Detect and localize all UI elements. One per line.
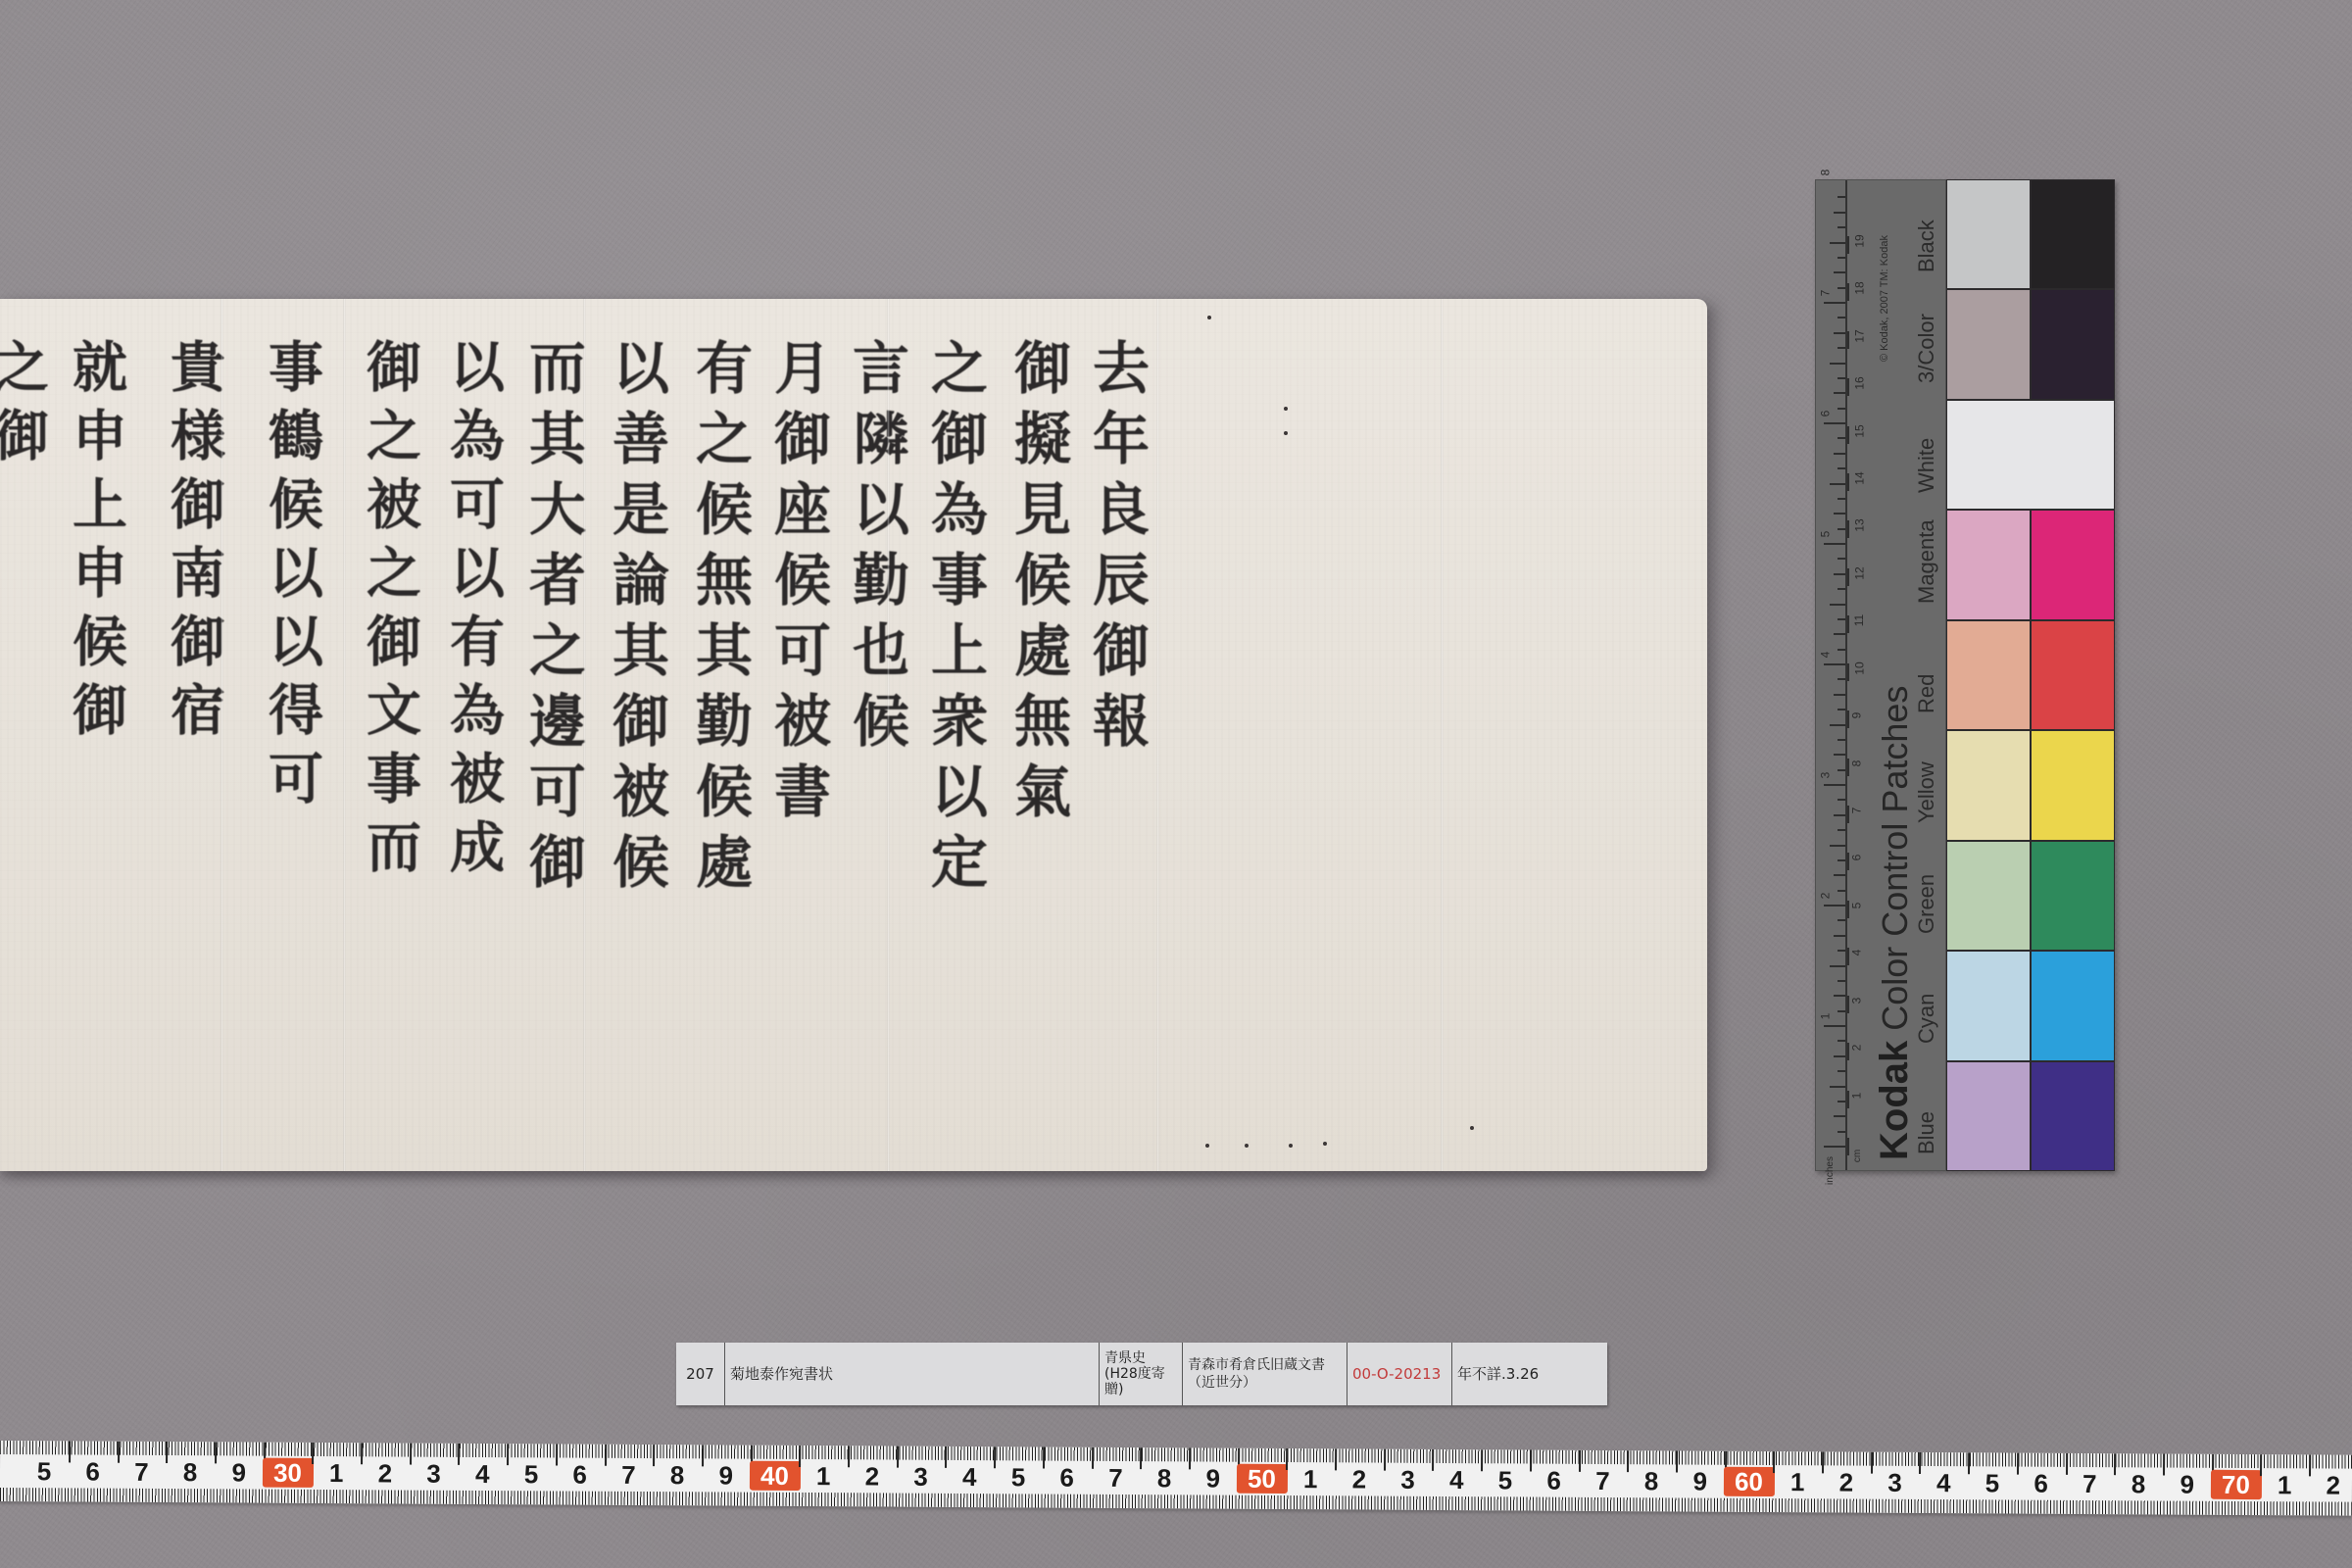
patch-red-dark (2031, 620, 2115, 730)
ruler-tick (1837, 678, 1845, 680)
kodak-color-control-card: 12345678inches 1234567891011121314151617… (1815, 179, 2115, 1171)
patch-blue-light (1946, 1061, 2031, 1171)
patch-yellow-light (1946, 730, 2031, 840)
patch-black-light (1946, 179, 2031, 289)
tape-mark: 4 (1927, 1468, 1960, 1497)
tape-half-cm-tick (69, 1441, 71, 1462)
ruler-tick (1824, 1146, 1845, 1148)
tape-mark: 6 (1051, 1463, 1084, 1493)
tape-half-cm-tick (1773, 1451, 1775, 1473)
ruler-tick (1847, 426, 1849, 444)
ruler-tick (1830, 965, 1845, 967)
patch-green-dark (2031, 841, 2115, 951)
patch-label: Yellow (1914, 762, 1939, 824)
ruler-tick (1837, 829, 1845, 831)
ruler-tick (1847, 568, 1849, 586)
inch-mark-label: 1 (1818, 1013, 1832, 1020)
tape-half-cm-tick (605, 1445, 607, 1466)
label-catalog-id: 00-O-20213 (1347, 1343, 1452, 1405)
ruler-tick (1847, 331, 1849, 349)
ruler-tick (1837, 226, 1845, 228)
ruler-tick (1824, 422, 1845, 424)
ruler-tick (1837, 437, 1845, 439)
tape-mark: 5 (1976, 1468, 2009, 1497)
ruler-tick (1837, 347, 1845, 349)
cm-mark-label: 6 (1849, 855, 1863, 861)
inch-ruler: 12345678inches (1822, 180, 1847, 1170)
ruler-tick (1834, 212, 1845, 214)
cm-unit-label: cm (1852, 1150, 1863, 1162)
tape-measure: 5678930123456789401234567895012345678960… (0, 1441, 2352, 1516)
inch-mark-label: 4 (1818, 652, 1832, 659)
tape-mark: 5 (1002, 1462, 1035, 1492)
tape-half-cm-tick (215, 1442, 217, 1463)
tape-half-cm-tick (1432, 1449, 1434, 1471)
paper-speck (1205, 1144, 1209, 1148)
ruler-tick (1837, 890, 1845, 892)
cm-mark-label: 11 (1852, 614, 1866, 626)
label-collection: 青森市肴倉氏旧蔵文書（近世分） (1183, 1343, 1347, 1405)
inch-mark-label: 8 (1818, 170, 1832, 176)
tape-half-cm-tick (2163, 1453, 2165, 1475)
tape-mark: 6 (2025, 1469, 2058, 1498)
cm-mark-label: 13 (1853, 519, 1867, 532)
patch-magenta-dark (2031, 510, 2115, 619)
handwritten-letter-document: 去年良辰御報御擬見候處無氣之御為事上衆以定言隣以勤也候月御座候可被書有之候無其勤… (0, 299, 1707, 1171)
ruler-tick (1834, 1055, 1845, 1057)
tape-half-cm-tick (2309, 1454, 2311, 1476)
tape-half-cm-tick (799, 1445, 801, 1467)
ruler-tick (1824, 1025, 1845, 1027)
patch-green-light (1946, 841, 2031, 951)
card-text-column: Black3/ColorWhiteMagentaRedYellowGreenCy… (1871, 180, 1947, 1170)
calligraphy-column: 以善是論其御被候 (608, 338, 664, 903)
ruler-tick (1824, 905, 1845, 906)
ruler-tick (1837, 919, 1845, 921)
ruler-tick (1824, 302, 1845, 304)
tape-half-cm-tick (1822, 1451, 1824, 1473)
inch-mark-label: 3 (1818, 772, 1832, 779)
ruler-tick (1847, 473, 1849, 491)
calligraphy-column: 御擬見候處無氣 (1009, 338, 1066, 832)
cm-mark-label: 12 (1853, 566, 1867, 579)
ruler-tick (1830, 845, 1845, 847)
inch-mark-label: 5 (1818, 531, 1832, 538)
tape-half-cm-tick (1189, 1447, 1191, 1469)
tape-half-cm-tick (312, 1443, 314, 1464)
tape-half-cm-tick (1092, 1447, 1094, 1469)
paper-speck (1284, 431, 1288, 435)
tape-mark: 3 (416, 1459, 450, 1489)
calligraphy-column: 貴様御南御宿 (167, 338, 221, 750)
tape-major-mark: 60 (1723, 1467, 1774, 1496)
ruler-tick (1830, 363, 1845, 365)
ruler-tick (1834, 392, 1845, 394)
ruler-tick (1847, 663, 1849, 681)
ruler-tick (1830, 604, 1845, 606)
tape-mark: 9 (1197, 1463, 1230, 1493)
copyright-text: © Kodak, 2007 TM: Kodak (1879, 235, 1890, 362)
ruler-tick (1837, 739, 1845, 741)
patch-label: Red (1914, 674, 1939, 713)
ruler-tick (1830, 1086, 1845, 1088)
ruler-tick (1837, 196, 1845, 198)
calligraphy-column: 月御座候可被書 (769, 338, 826, 832)
tape-mark: 9 (1684, 1466, 1717, 1495)
ruler-tick (1834, 573, 1845, 575)
patch-cyan-light (1946, 951, 2031, 1060)
tape-major-mark: 30 (262, 1458, 313, 1488)
tape-half-cm-tick (1919, 1452, 1921, 1474)
ruler-tick (1837, 528, 1845, 530)
label-title: 菊地泰作宛書状 (725, 1343, 1100, 1405)
ruler-tick (1834, 874, 1845, 876)
cm-mark-label: 19 (1853, 234, 1867, 247)
ruler-tick (1834, 633, 1845, 635)
paper-speck (1323, 1142, 1327, 1146)
tape-mark: 5 (1489, 1465, 1522, 1494)
tape-half-cm-tick (1627, 1450, 1629, 1472)
ruler-tick (1834, 513, 1845, 514)
tape-mark: 1 (319, 1458, 353, 1488)
cm-ruler: 12345678910111213141516171819cm (1847, 180, 1871, 1170)
ruler-tick (1824, 543, 1845, 545)
tape-major-mark: 70 (2210, 1470, 2261, 1499)
tape-mark: 2 (368, 1458, 402, 1488)
paper-fold-line (583, 299, 586, 1171)
ruler-tick (1834, 814, 1845, 816)
ruler-tick (1837, 1010, 1845, 1012)
paper-fold-line (1441, 299, 1444, 1171)
ruler-tick (1830, 724, 1845, 726)
ruler-tick (1847, 615, 1849, 633)
tape-mark: 3 (1878, 1468, 1911, 1497)
cm-mark-label: 8 (1849, 759, 1863, 766)
tape-half-cm-tick (1043, 1446, 1045, 1468)
cm-mark-label: 9 (1849, 712, 1863, 719)
inch-mark-label: 6 (1818, 411, 1832, 417)
tape-mark: 1 (1294, 1464, 1327, 1494)
ruler-tick (1834, 694, 1845, 696)
cm-mark-label: 5 (1849, 903, 1863, 909)
tape-half-cm-tick (1676, 1450, 1678, 1472)
tape-mark: 7 (612, 1460, 645, 1490)
tape-half-cm-tick (994, 1446, 996, 1468)
cm-mark-label: 15 (1853, 424, 1867, 437)
ruler-tick (1834, 332, 1845, 334)
tape-half-cm-tick (702, 1445, 704, 1466)
tape-half-cm-tick (556, 1444, 558, 1465)
tape-half-cm-tick (848, 1445, 850, 1467)
cm-mark-label: 17 (1853, 329, 1867, 342)
tape-half-cm-tick (1384, 1449, 1386, 1471)
tape-mark: 7 (124, 1457, 158, 1487)
tape-half-cm-tick (361, 1443, 363, 1464)
catalog-label-card: 207 菊地泰作宛書状 青県史(H28度寄贈) 青森市肴倉氏旧蔵文書（近世分） … (676, 1343, 1607, 1405)
tape-mark: 4 (465, 1459, 499, 1489)
patch-black-dark (2031, 179, 2115, 289)
tape-mark: 8 (1635, 1466, 1668, 1495)
paper-speck (1470, 1126, 1474, 1130)
ruler-tick (1837, 950, 1845, 952)
ruler-tick (1837, 618, 1845, 620)
ruler-tick (1847, 378, 1849, 396)
ruler-tick (1837, 769, 1845, 771)
ruler-tick (1837, 1070, 1845, 1072)
card-title-rest: Color Control Patches (1875, 686, 1915, 1041)
tape-mark: 1 (807, 1461, 840, 1491)
calligraphy-column: 就申上申候御 (69, 338, 123, 750)
paper-speck (1284, 407, 1288, 411)
tape-mark: 5 (27, 1456, 61, 1486)
calligraphy-column: 有之候無其勤候處 (691, 338, 748, 903)
kodak-logo-text: Kodak (1873, 1041, 1916, 1160)
patch-label: 3/Color (1914, 314, 1939, 383)
tape-major-mark: 40 (749, 1461, 800, 1491)
patch-3-color-light (1946, 289, 2031, 399)
paper-fold-line (887, 299, 890, 1171)
tape-half-cm-tick (897, 1446, 899, 1468)
calligraphy-column: 而其大者之邊可御 (524, 338, 581, 903)
cm-mark-label: 10 (1853, 661, 1867, 674)
ruler-tick (1837, 859, 1845, 861)
cm-mark-label: 7 (1849, 808, 1863, 814)
label-source: 青県史(H28度寄贈) (1100, 1343, 1183, 1405)
ruler-tick (1837, 1040, 1845, 1042)
ruler-tick (1834, 995, 1845, 997)
cm-mark-label: 3 (1849, 997, 1863, 1004)
patch-magenta-light (1946, 510, 2031, 619)
ruler-tick (1837, 377, 1845, 379)
patch-red-light (1946, 620, 2031, 730)
paper-speck (1207, 316, 1211, 319)
ruler-tick (1834, 453, 1845, 455)
tape-mark: 6 (1538, 1466, 1571, 1495)
patch-label: Cyan (1914, 994, 1939, 1044)
ruler-tick (1837, 980, 1845, 982)
ruler-tick (1830, 242, 1845, 244)
tape-half-cm-tick (1530, 1450, 1532, 1472)
paper-speck (1245, 1144, 1249, 1148)
tape-mark: 2 (1343, 1464, 1376, 1494)
patch-blue-dark (2031, 1061, 2115, 1171)
label-number: 207 (676, 1343, 725, 1405)
calligraphy-column: 言隣以勤也候 (848, 338, 905, 761)
calligraphy-column: 以為可以有為被成 (446, 338, 501, 887)
ruler-tick (1834, 271, 1845, 273)
paper-fold-line (1156, 299, 1159, 1171)
tape-mark: 1 (2268, 1470, 2301, 1499)
label-date: 年不詳.3.26 (1452, 1343, 1607, 1405)
patch-label: Black (1914, 220, 1939, 272)
tape-half-cm-tick (2114, 1453, 2116, 1475)
patch-3-color-dark (2031, 289, 2115, 399)
calligraphy-column: 御之被之御文事而 (363, 338, 417, 887)
tape-mark: 3 (1391, 1465, 1424, 1494)
tape-half-cm-tick (1871, 1452, 1873, 1474)
patch-label: Green (1914, 874, 1939, 934)
ruler-tick (1837, 498, 1845, 500)
paper-speck (1289, 1144, 1293, 1148)
tape-half-cm-tick (1968, 1452, 1970, 1474)
inches-unit-label: inches (1825, 1156, 1836, 1185)
cm-mark-label: 16 (1853, 377, 1867, 390)
ruler-tick (1847, 1138, 1849, 1155)
calligraphy-column: 之御 (0, 338, 45, 475)
ruler-tick (1837, 1131, 1845, 1133)
ruler-tick (1847, 236, 1849, 254)
tape-half-cm-tick (653, 1445, 655, 1466)
ruler-tick (1837, 287, 1845, 289)
tape-half-cm-tick (1481, 1449, 1483, 1471)
tape-mark: 4 (1440, 1465, 1473, 1494)
tape-half-cm-tick (166, 1442, 168, 1463)
inch-mark-label: 7 (1818, 290, 1832, 297)
tape-mark: 2 (2317, 1470, 2350, 1499)
tape-mark: 8 (173, 1457, 207, 1487)
cm-mark-label: 14 (1853, 471, 1867, 484)
tape-half-cm-tick (1286, 1448, 1288, 1470)
tape-mark: 9 (222, 1457, 256, 1487)
tape-mark: 9 (2171, 1470, 2204, 1499)
tape-half-cm-tick (507, 1444, 509, 1465)
tape-half-cm-tick (1335, 1448, 1337, 1470)
patch-label: Magenta (1914, 519, 1939, 604)
cm-mark-label: 1 (1849, 1092, 1863, 1099)
tape-mark: 4 (953, 1462, 986, 1492)
tape-half-cm-tick (1579, 1450, 1581, 1472)
patch-label: White (1914, 438, 1939, 493)
ruler-tick (1834, 754, 1845, 756)
tape-half-cm-tick (2017, 1453, 2019, 1475)
ruler-tick (1837, 709, 1845, 710)
tape-half-cm-tick (118, 1442, 120, 1463)
tape-half-cm-tick (2066, 1453, 2068, 1475)
tape-mark: 8 (1148, 1463, 1181, 1493)
ruler-tick (1837, 257, 1845, 259)
inch-mark-label: 2 (1818, 893, 1832, 900)
card-gray-strip: 12345678inches 1234567891011121314151617… (1815, 179, 1946, 1171)
tape-mark: 6 (76, 1456, 110, 1486)
ruler-tick (1830, 483, 1845, 485)
calligraphy-column: 事鶴候以以得可 (265, 338, 319, 818)
ruler-tick (1824, 663, 1845, 665)
calligraphy-column: 去年良辰御報 (1088, 338, 1145, 761)
ruler-tick (1837, 799, 1845, 801)
ruler-tick (1837, 408, 1845, 410)
tape-mark: 7 (1586, 1466, 1619, 1495)
tape-half-cm-tick (2260, 1454, 2262, 1476)
tape-half-cm-tick (410, 1444, 412, 1465)
tape-mark: 2 (1830, 1467, 1863, 1496)
cm-mark-label: 18 (1853, 282, 1867, 295)
ruler-tick (1834, 935, 1845, 937)
ruler-tick (1837, 1101, 1845, 1102)
tape-mark: 7 (2073, 1469, 2106, 1498)
card-title: Kodak Color Control Patches (1873, 686, 1917, 1160)
tape-mark: 9 (710, 1460, 743, 1490)
patch-white (1946, 400, 2115, 510)
patch-label: Blue (1914, 1111, 1939, 1154)
ruler-tick (1837, 558, 1845, 560)
paper-fold-line (220, 299, 223, 1171)
tape-half-cm-tick (1140, 1447, 1142, 1469)
ruler-tick (1837, 649, 1845, 651)
patch-yellow-dark (2031, 730, 2115, 840)
calligraphy-column: 之御為事上衆以定 (926, 338, 983, 903)
tape-half-cm-tick (458, 1444, 460, 1465)
cm-mark-label: 4 (1849, 950, 1863, 956)
tape-major-mark: 50 (1236, 1464, 1287, 1494)
ruler-tick (1847, 283, 1849, 301)
tape-mark: 1 (1781, 1467, 1814, 1496)
calligraphy-text-area: 去年良辰御報御擬見候處無氣之御為事上衆以定言隣以勤也候月御座候可被書有之候無其勤… (0, 338, 1176, 1132)
ruler-tick (1834, 1115, 1845, 1117)
ruler-tick (1837, 588, 1845, 590)
paper-fold-line (343, 299, 346, 1171)
tape-mark: 3 (904, 1462, 937, 1492)
ruler-tick (1837, 467, 1845, 469)
tape-mark: 6 (563, 1460, 597, 1490)
cm-mark-label: 2 (1849, 1045, 1863, 1052)
tape-mark: 5 (514, 1459, 548, 1489)
ruler-tick (1837, 317, 1845, 318)
tape-mark: 2 (856, 1461, 889, 1491)
tape-mark: 7 (1099, 1463, 1132, 1493)
patch-cyan-dark (2031, 951, 2115, 1060)
tape-mark: 8 (2122, 1469, 2155, 1498)
tape-half-cm-tick (945, 1446, 947, 1468)
ruler-tick (1847, 520, 1849, 538)
tape-mark: 8 (661, 1460, 694, 1490)
ruler-tick (1824, 784, 1845, 786)
